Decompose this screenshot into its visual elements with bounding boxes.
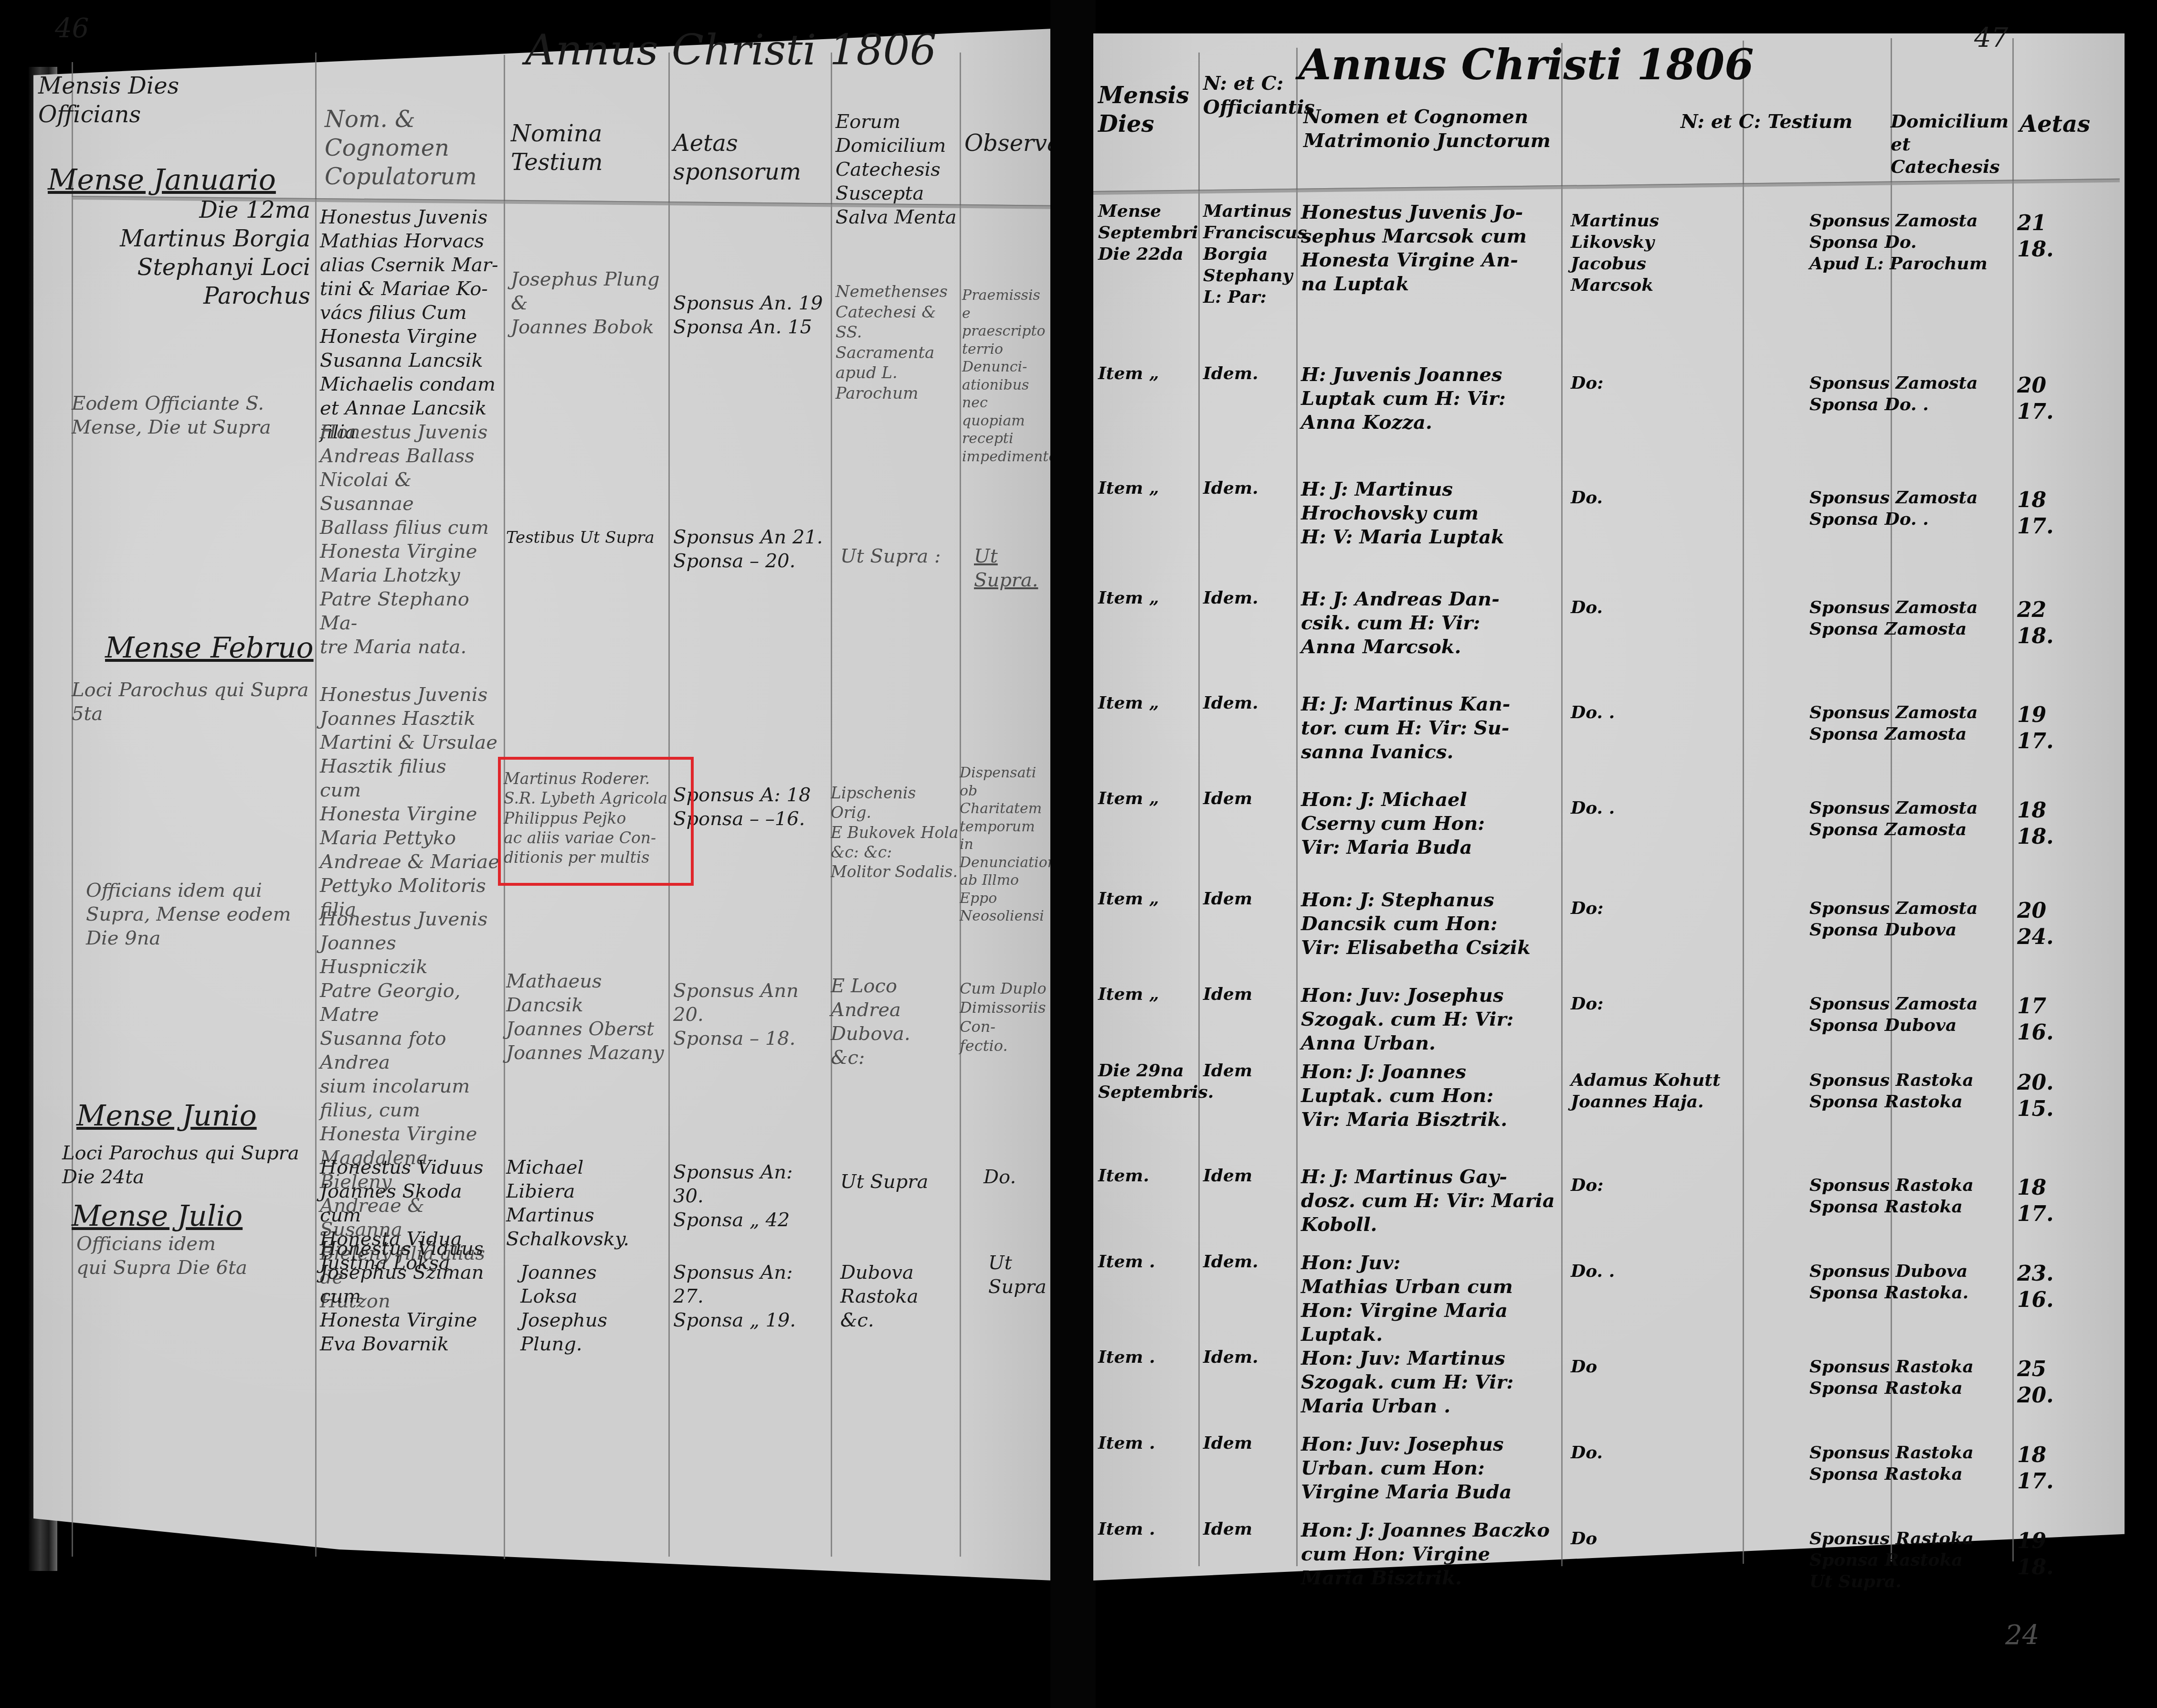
column-rule — [1561, 43, 1563, 1566]
couple-names: Honestus Juvenis Andreas Ballass Nicolai… — [320, 420, 501, 659]
couple-names: Hon: J: Michael Cserny cum Hon: Vir: Mar… — [1301, 788, 1559, 859]
couple-names: Honestus Juvenis Mathias Horvacs alias C… — [320, 205, 501, 444]
column-header-aetas: Aetas sponsorum — [673, 129, 826, 186]
entry-date: Item . — [1098, 1347, 1198, 1368]
witness-names: Do: — [1571, 1175, 1743, 1196]
witness-names: Do: — [1571, 993, 1743, 1015]
page-title: Annus Christi 1806 — [525, 24, 937, 76]
observation: Dispensati ob Charitatem temporum in Den… — [960, 764, 1050, 925]
page-number: 47 — [1974, 21, 2008, 55]
domicile: Sponsus Zamosta Sponsa Zamosta — [1809, 702, 2015, 745]
domicile: Sponsus Zamosta Sponsa Do. Apud L: Paroc… — [1809, 210, 2015, 275]
domicile: Sponsus Zamosta Sponsa Dubova — [1809, 993, 2015, 1036]
officiant-note: Officians idem qui Supra Die 6ta — [76, 1232, 306, 1280]
witness-names: Mathaeus Dancsik Joannes Oberst Joannes … — [506, 969, 668, 1065]
witness-names: Adamus Kohutt Joannes Haja. — [1571, 1070, 1743, 1113]
officiant-name: Martinus Franciscus Borgia Stephany L: P… — [1203, 201, 1296, 308]
officiant-name: Idem — [1203, 1432, 1296, 1454]
officiant-name: Idem. — [1203, 692, 1296, 714]
ages: Sponsus An 21. Sponsa – 20. — [673, 525, 826, 573]
witness-names: Do. . — [1571, 1261, 1743, 1282]
witness-names: Martinus Likovsky Jacobus Marcsok — [1571, 210, 1743, 296]
highlight-box — [498, 757, 694, 886]
ages: 21 18. — [2017, 210, 2113, 263]
month-label: Mense Julio — [72, 1199, 243, 1234]
column-header-officiantis: N: et C: Officiantis — [1203, 72, 1294, 119]
column-rule — [1198, 53, 1200, 1566]
couple-names: Hon: J: Joannes Luptak. cum Hon: Vir: Ma… — [1301, 1060, 1559, 1132]
domicile: Dubova Rastoka &c. — [840, 1261, 955, 1332]
witness-names: Michael Libiera Martinus Schalkovsky. — [506, 1156, 668, 1251]
officiant-note: Eodem Officiante S. Mense, Die ut Supra — [72, 392, 310, 439]
officiant-note: Die 12ma Martinus Borgia Stephanyi Loci … — [43, 196, 310, 310]
entry-date: Die 29na Septembris. — [1098, 1060, 1198, 1103]
month-label: Mense Februo — [105, 630, 314, 666]
observation: Do. — [983, 1165, 1050, 1189]
column-header-aetas: Aetas — [2020, 110, 2115, 138]
entry-date: Item . — [1098, 1251, 1198, 1273]
column-header-couple: Nomen et Cognomen Matrimonio Junctorum — [1303, 105, 1556, 153]
officiant-name: Idem. — [1203, 587, 1296, 609]
officiant-name: Idem — [1203, 984, 1296, 1005]
domicile: Sponsus Dubova Sponsa Rastoka. — [1809, 1261, 2015, 1304]
observation: Ut Supra — [988, 1251, 1050, 1299]
witness-names: Do. . — [1571, 797, 1743, 819]
column-rule — [1296, 48, 1298, 1566]
ages: 25 20. — [2017, 1356, 2113, 1409]
domicile: Sponsus Zamosta Sponsa Zamosta — [1809, 597, 2015, 640]
domicile: Sponsus Rastoka Sponsa Rastoka — [1809, 1356, 2015, 1399]
couple-names: H: J: Martinus Hrochovsky cum H: V: Mari… — [1301, 477, 1559, 549]
witness-names: Do: — [1571, 372, 1743, 394]
couple-names: Honestus Juvenis Jo- sephus Marcsok cum … — [1301, 201, 1559, 296]
domicile: Sponsus Rastoka Sponsa Rastoka — [1809, 1442, 2015, 1485]
witness-names: Do. — [1571, 487, 1743, 509]
officiant-name: Idem — [1203, 1518, 1296, 1540]
ages: Sponsus An: 27. Sponsa „ 19. — [673, 1261, 826, 1332]
domicile: Sponsus Zamosta Sponsa Dubova — [1809, 898, 2015, 941]
entry-date: Item „ — [1098, 363, 1198, 384]
entry-date: Item. — [1098, 1165, 1198, 1187]
entry-date: Item „ — [1098, 477, 1198, 499]
officiant-note: Loci Parochus qui Supra 5ta — [72, 678, 310, 726]
ages: Sponsus An. 19 Sponsa An. 15 — [673, 291, 826, 339]
domicile: Nemethenses Catechesi & SS. Sacramenta a… — [835, 282, 960, 403]
domicile: Sponsus Rastoka Sponsa Rastoka — [1809, 1175, 2015, 1218]
page-title: Annus Christi 1806 — [1299, 38, 1754, 91]
observation: Cum Duplo Dimissoriis Con- fectio. — [960, 979, 1050, 1055]
entry-date: Item „ — [1098, 888, 1198, 910]
ages: 20. 15. — [2017, 1070, 2113, 1122]
column-header-mensis: Mensis Dies — [1098, 81, 1194, 138]
entry-date: Item . — [1098, 1518, 1198, 1540]
couple-names: H: J: Martinus Kan- tor. cum H: Vir: Su-… — [1301, 692, 1559, 764]
column-rule — [1743, 41, 1744, 1564]
ages: Sponsus A: 18 Sponsa – –16. — [673, 783, 826, 831]
column-header-domicilium: Eorum Domicilium Catechesis Suscepta Sal… — [835, 110, 960, 229]
ages: 17 16. — [2017, 993, 2113, 1046]
officiant-name: Idem. — [1203, 477, 1296, 499]
book-gutter — [1050, 0, 1096, 1708]
couple-names: Hon: J: Joannes Baczko cum Hon: Virgine … — [1301, 1518, 1559, 1590]
entry-date: Mense Septembri Die 22da — [1098, 201, 1198, 265]
column-header-mensis: Mensis Dies Officians — [38, 72, 220, 129]
witness-names: Do: — [1571, 898, 1743, 919]
ages: 18 17. — [2017, 1442, 2113, 1495]
column-rule — [315, 53, 317, 1557]
couple-names: Honestus Juvenis Joannes Hasztik Martini… — [320, 683, 501, 922]
domicile: Ut Supra — [840, 1170, 955, 1194]
officiant-note: Loci Parochus qui Supra Die 24ta — [62, 1141, 310, 1189]
officiant-name: Idem. — [1203, 1347, 1296, 1368]
officiant-name: Idem. — [1203, 1251, 1296, 1273]
domicile: E Loco Andrea Dubova. &c: — [831, 974, 960, 1070]
entry-date: Item „ — [1098, 984, 1198, 1005]
couple-names: H: J: Martinus Gay- dosz. cum H: Vir: Ma… — [1301, 1165, 1559, 1237]
couple-names: Hon: Juv: Josephus Szogak. cum H: Vir: A… — [1301, 984, 1559, 1055]
domicile: Sponsus Zamosta Sponsa Do. . — [1809, 487, 2015, 530]
witness-names: Do — [1571, 1356, 1743, 1378]
officiant-name: Idem — [1203, 788, 1296, 809]
officiant-name: Idem — [1203, 1165, 1296, 1187]
ages: 23. 16. — [2017, 1261, 2113, 1313]
column-header-testium: N: et C: Testium — [1681, 110, 1872, 134]
officiant-name: Idem — [1203, 888, 1296, 910]
month-label: Mense Januario — [48, 162, 276, 198]
domicile: Sponsus Zamosta Sponsa Do. . — [1809, 372, 2015, 415]
footer-mark: 24 — [2005, 1619, 2039, 1652]
entry-date: Item „ — [1098, 692, 1198, 714]
ages: 19 18. — [2017, 1528, 2113, 1581]
entry-date: Item „ — [1098, 788, 1198, 809]
column-header-observatio: Observatio — [964, 129, 1050, 158]
witness-names: Do — [1571, 1528, 1743, 1549]
column-header-testium: Nomina Testium — [511, 119, 664, 177]
domicile: Lipschenis Orig. E Bukovek Hola &c: &c: … — [831, 783, 960, 881]
domicile: Sponsus Zamosta Sponsa Zamosta — [1809, 797, 2015, 840]
officiant-name: Idem — [1203, 1060, 1296, 1082]
witness-names: Testibus Ut Supra — [506, 528, 668, 548]
domicile: Sponsus Rastoka Sponsa Rastoka Ut Supra. — [1809, 1528, 2015, 1592]
ages: 18 17. — [2017, 487, 2113, 540]
couple-names: H: J: Andreas Dan- csik. cum H: Vir: Ann… — [1301, 587, 1559, 659]
couple-names: Hon: Juv: Mathias Urban cum Hon: Virgine… — [1301, 1251, 1559, 1347]
couple-names: Honestus Viduus Josephus Sziman cum Hone… — [320, 1237, 501, 1356]
ages: 18 18. — [2017, 797, 2113, 850]
entry-date: Item „ — [1098, 587, 1198, 609]
page-number: 46 — [55, 12, 89, 45]
column-header-copulatorum: Nom. & Cognomen Copulatorum — [325, 105, 497, 191]
witness-names: Do. . — [1571, 702, 1743, 723]
month-label: Mense Junio — [76, 1098, 257, 1134]
ages: 20 24. — [2017, 898, 2113, 950]
domicile: Ut Supra : — [840, 544, 955, 568]
domicile: Sponsus Rastoka Sponsa Rastoka — [1809, 1070, 2015, 1113]
witness-names: Do. — [1571, 1442, 1743, 1464]
observation: Ut Supra. — [974, 544, 1050, 592]
couple-names: Hon: J: Stephanus Dancsik cum Hon: Vir: … — [1301, 888, 1559, 960]
ages: Sponsus An: 30. Sponsa „ 42 — [673, 1160, 826, 1232]
column-header-domicilium: Domicilium et Catechesis — [1891, 110, 2015, 178]
ages: Sponsus Ann 20. Sponsa – 18. — [673, 979, 826, 1050]
ages: 19 17. — [2017, 702, 2113, 754]
observation: Praemissis e praescripto terrio Denunci-… — [962, 286, 1050, 466]
ages: 18 17. — [2017, 1175, 2113, 1227]
officiant-name: Idem. — [1203, 363, 1296, 384]
ages: 22 18. — [2017, 597, 2113, 649]
couple-names: H: Juvenis Joannes Luptak cum H: Vir: An… — [1301, 363, 1559, 435]
couple-names: Hon: Juv: Josephus Urban. cum Hon: Virgi… — [1301, 1432, 1559, 1504]
ages: 20 17. — [2017, 372, 2113, 425]
witness-names: Joannes Loksa Josephus Plung. — [520, 1261, 668, 1356]
entry-date: Item . — [1098, 1432, 1198, 1454]
couple-names: Hon: Juv: Martinus Szogak. cum H: Vir: M… — [1301, 1347, 1559, 1418]
witness-names: Josephus Plung & Joannes Bobok — [511, 267, 664, 339]
officiant-note: Officians idem qui Supra, Mense eodem Di… — [86, 879, 310, 950]
witness-names: Do. — [1571, 597, 1743, 618]
